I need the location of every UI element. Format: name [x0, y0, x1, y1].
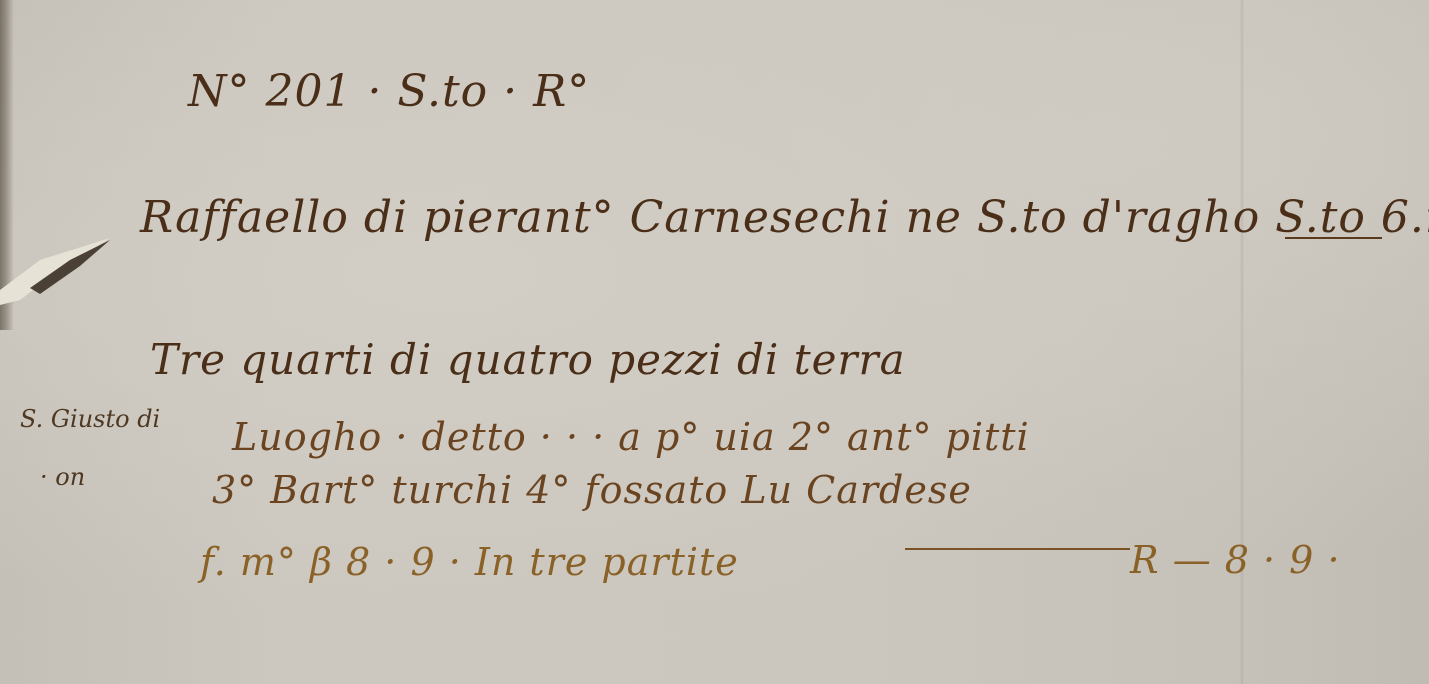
margin-note-parish: S. Giusto di: [20, 405, 160, 433]
year-underline: [1285, 237, 1382, 239]
manuscript-page: N° 201 · S.to · R° Raffaello di pierant°…: [0, 0, 1429, 684]
torn-paper-flap: [0, 230, 112, 310]
margin-note-abbrev: · on: [40, 463, 85, 491]
document-reference-number: N° 201 · S.to · R°: [188, 66, 590, 117]
total-value: R — 8 · 9 ·: [1130, 538, 1341, 582]
owner-line: Raffaello di pierant° Carnesechi ne S.to…: [140, 192, 1429, 243]
property-description-line-2: Luogho · detto · · · a p° uia 2° ant° pi…: [232, 415, 1030, 459]
property-description-line-1: Tre quarti di quatro pezzi di terra: [150, 335, 906, 384]
property-description-line-3: 3° Bart° turchi 4° fossato Lu Cardese: [212, 468, 972, 512]
total-leader-line: [905, 548, 1130, 550]
property-value-line: f. m° β 8 · 9 · In tre partite: [200, 540, 739, 584]
